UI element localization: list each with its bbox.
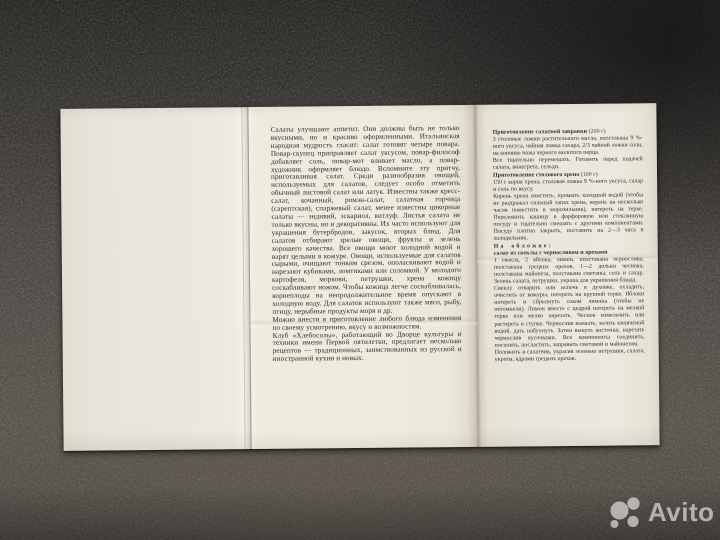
- photo-stage: Салаты улучшают аппетит. Они должны быть…: [0, 0, 720, 540]
- recipe-booklet: Салаты улучшают аппетит. Они должны быть…: [60, 103, 659, 451]
- intro-paragraph: Салаты улучшают аппетит. Они должны быть…: [271, 125, 462, 317]
- cover-dish-title: салат из свеклы с черносливом и орехами: [494, 249, 644, 258]
- recipe-serving: Положить в салатник, украсив зеленью пет…: [495, 348, 645, 364]
- recipe-title: Приготовление столового хрена: [493, 171, 579, 178]
- recipe-method: Свеклу отварить или испечь в духовке, ох…: [494, 284, 645, 349]
- recipe-method: Корень хрена очистить, промыть холодной …: [493, 192, 643, 243]
- intro-text-block: Салаты улучшают аппетит. Они должны быть…: [271, 125, 462, 364]
- avito-watermark: Avito: [607, 494, 715, 530]
- recipe-yield: (100 г): [581, 171, 598, 177]
- avito-logo-icon: [607, 494, 643, 530]
- intro-paragraph: Клуб «Хлебосолы», работающий во Дворце к…: [273, 331, 462, 364]
- watermark-brand-text: Avito: [648, 499, 715, 525]
- recipe-ingredients: 1 свекла, 2 яблока, лимон, полстакана че…: [494, 256, 644, 286]
- recipe-yield: (200 г): [589, 129, 606, 135]
- recipe-heading-horseradish: Приготовление столового хрена (100 г): [493, 171, 643, 180]
- recipe-ingredients: 150 г корня хрена, столовая ложка 9 %-но…: [493, 178, 643, 194]
- booklet-panel-blank: [60, 107, 251, 451]
- intro-paragraph: Можно внести в приготовление любого блюд…: [272, 315, 461, 333]
- fold-crease-left-outer: [241, 107, 245, 449]
- recipe-title: Приготовление салатной заправки: [493, 129, 587, 136]
- paper-crease: [250, 317, 477, 329]
- recipe-ingredients: 3 столовые ложки растительного масла, по…: [493, 135, 643, 158]
- booklet-panel-intro: Салаты улучшают аппетит. Они должны быть…: [248, 105, 478, 449]
- cover-section-label: На обложке:: [494, 242, 644, 251]
- paper-crease: [477, 254, 658, 266]
- recipe-method: Все тщательно перемешать. Готовить перед…: [493, 157, 643, 173]
- recipe-heading-dressing: Приготовление салатной заправки (200 г): [493, 128, 643, 137]
- recipes-text-block: Приготовление салатной заправки (200 г) …: [493, 128, 645, 364]
- booklet-panel-recipes: Приготовление салатной заправки (200 г) …: [475, 103, 659, 447]
